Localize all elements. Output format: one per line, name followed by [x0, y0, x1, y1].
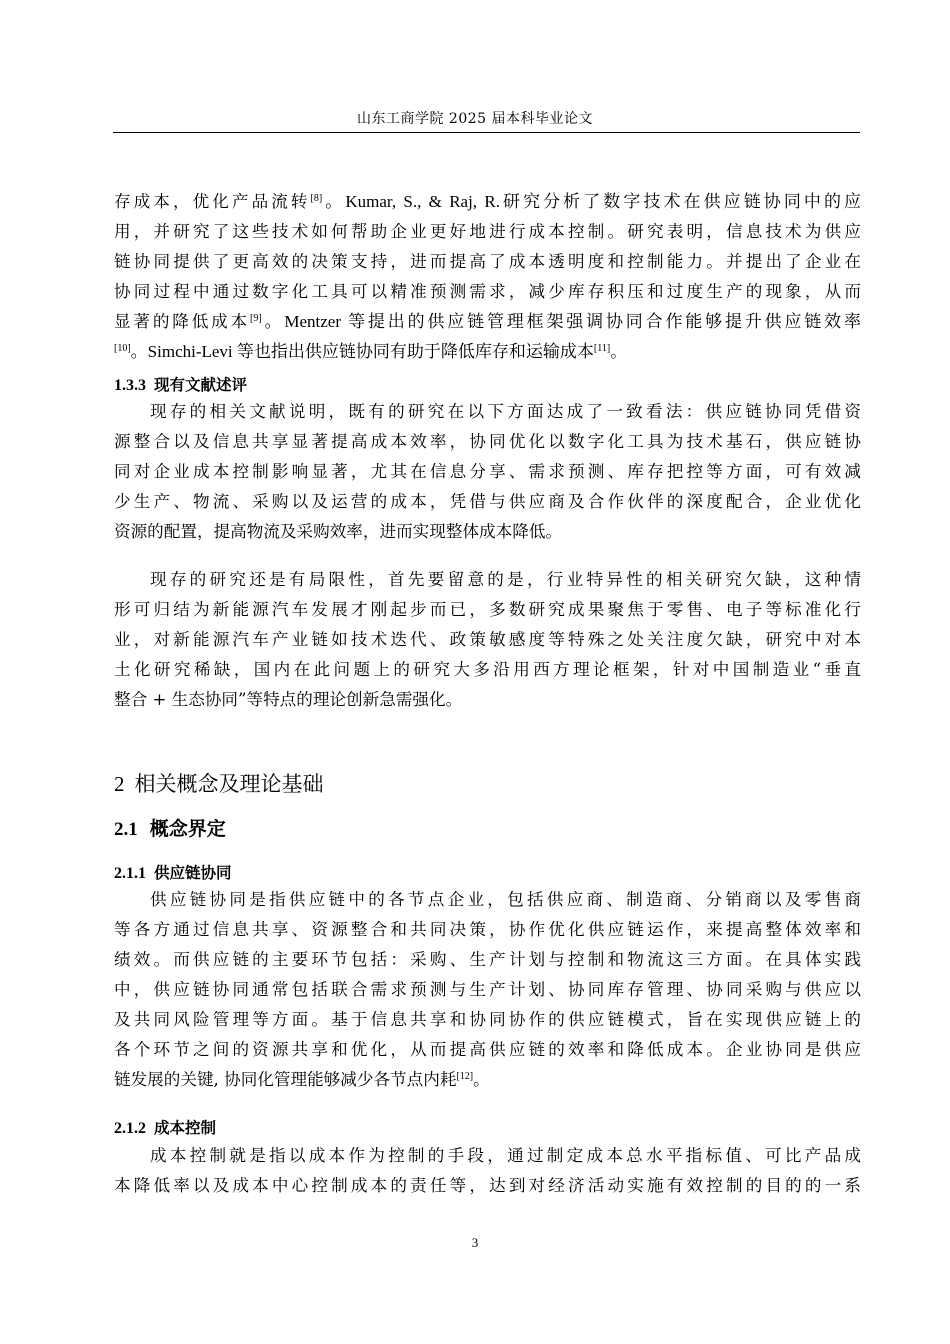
citation: [12] [456, 1071, 473, 1082]
body-line: 链发展的关键, 协同化管理能够减少各节点内耗[12]。 [114, 1070, 861, 1090]
text-run: 。Kumar, S., & Raj, R.研究分析了数字技术在供应链协同中的应 [322, 192, 861, 211]
chapter-heading-2: 2相关概念及理论基础 [114, 768, 324, 798]
body-line: 协同过程中通过数字化工具可以精准预测需求，减少库存积压和过度生产的现象，从而 [114, 282, 861, 302]
document-page: 山东工商学院 2025 届本科毕业论文 存成本，优化产品流转[8]。Kumar,… [0, 0, 950, 1344]
text-run: 存成本，优化产品流转 [114, 192, 311, 211]
section-heading-2-1-2: 2.1.2成本控制 [114, 1116, 216, 1138]
chapter-title: 相关概念及理论基础 [135, 772, 324, 796]
running-header: 山东工商学院 2025 届本科毕业论文 [0, 108, 950, 128]
section-title: 现有文献述评 [154, 375, 247, 394]
section-number: 1.3.3 [114, 377, 146, 394]
citation: [9] [250, 313, 262, 324]
section-heading-2-1-1: 2.1.1供应链协同 [114, 861, 232, 883]
body-line: 用，并研究了这些技术如何帮助企业更好地进行成本控制。研究表明，信息技术为供应 [114, 222, 861, 242]
body-line: 成本控制就是指以成本作为控制的手段，通过制定成本总水平指标值、可比产品成 [150, 1146, 861, 1166]
body-line: 业，对新能源汽车产业链如技术迭代、政策敏感度等特殊之处关注度欠缺，研究中对本 [114, 630, 861, 650]
body-line: 现存的相关文献说明，既有的研究在以下方面达成了一致看法：供应链协同凭借资 [150, 402, 861, 422]
body-line: 同对企业成本控制影响显著，尤其在信息分享、需求预测、库存把控等方面，可有效减 [114, 462, 861, 482]
body-line: 整合 + 生态协同”等特点的理论创新急需强化。 [114, 690, 861, 710]
section-heading-1-3-3: 1.3.3现有文献述评 [114, 373, 247, 395]
body-line: 显著的降低成本[9]。Mentzer 等提出的供应链管理框架强调协同合作能够提升… [114, 312, 861, 332]
text-run: 。Simchi-Levi 等也指出供应链协同有助于降低库存和运输成本 [131, 342, 594, 361]
body-line: 绩效。而供应链的主要环节包括：采购、生产计划与控制和物流这三方面。在具体实践 [114, 950, 861, 970]
body-line: 存成本，优化产品流转[8]。Kumar, S., & Raj, R.研究分析了数… [114, 192, 861, 212]
section-heading-2-1: 2.1概念界定 [114, 814, 226, 841]
section-number: 2.1.2 [114, 1120, 146, 1137]
citation: [11] [594, 343, 610, 354]
body-line: 形可归结为新能源汽车发展才刚起步而已，多数研究成果聚焦于零售、电子等标准化行 [114, 600, 861, 620]
section-number: 2.1.1 [114, 865, 146, 882]
body-line: 供应链协同是指供应链中的各节点企业，包括供应商、制造商、分销商以及零售商 [150, 890, 861, 910]
body-line: 现存的研究还是有局限性，首先要留意的是，行业特异性的相关研究欠缺，这种情 [150, 570, 861, 590]
text-run: 。Mentzer 等提出的供应链管理框架强调协同合作能够提升供应链效率 [262, 312, 861, 331]
body-line: 源整合以及信息共享显著提高成本效率，协同优化以数字化工具为技术基石，供应链协 [114, 432, 861, 452]
body-line: 等各方通过信息共享、资源整合和共同决策，协作优化供应链运作，来提高整体效率和 [114, 920, 861, 940]
body-line: 土化研究稀缺，国内在此问题上的研究大多沿用西方理论框架，针对中国制造业“垂直 [114, 660, 861, 680]
body-line: 链协同提供了更高效的决策支持，进而提高了成本透明度和控制能力。并提出了企业在 [114, 252, 861, 272]
body-line: 少生产、物流、采购以及运营的成本，凭借与供应商及合作伙伴的深度配合，企业优化 [114, 492, 861, 512]
citation: [8] [311, 193, 323, 204]
body-line: 本降低率以及成本中心控制成本的责任等，达到对经济活动实施有效控制的目的的一系 [114, 1176, 861, 1196]
text-run: 。 [473, 1070, 490, 1089]
section-title: 成本控制 [154, 1118, 216, 1137]
body-line: 各个环节之间的资源共享和优化，从而提高供应链的效率和降低成本。企业协同是供应 [114, 1040, 861, 1060]
page-number: 3 [0, 1235, 950, 1251]
section-title: 供应链协同 [154, 863, 232, 882]
chapter-number: 2 [114, 772, 125, 796]
body-line: 中，供应链协同通常包括联合需求预测与生产计划、协同库存管理、协同采购与供应以 [114, 980, 861, 1000]
section-title: 概念界定 [150, 818, 226, 840]
citation: [10] [114, 343, 131, 354]
text-run: 显著的降低成本 [114, 312, 250, 331]
header-divider [113, 132, 860, 133]
section-number: 2.1 [114, 819, 138, 840]
body-line: [10]。Simchi-Levi 等也指出供应链协同有助于降低库存和运输成本[1… [114, 342, 861, 362]
body-line: 资源的配置，提高物流及采购效率，进而实现整体成本降低。 [114, 522, 861, 542]
text-run: 链发展的关键, 协同化管理能够减少各节点内耗 [114, 1070, 456, 1089]
body-line: 及共同风险管理等方面。基于信息共享和协同协作的供应链模式，旨在实现供应链上的 [114, 1010, 861, 1030]
text-run: 。 [610, 342, 627, 361]
